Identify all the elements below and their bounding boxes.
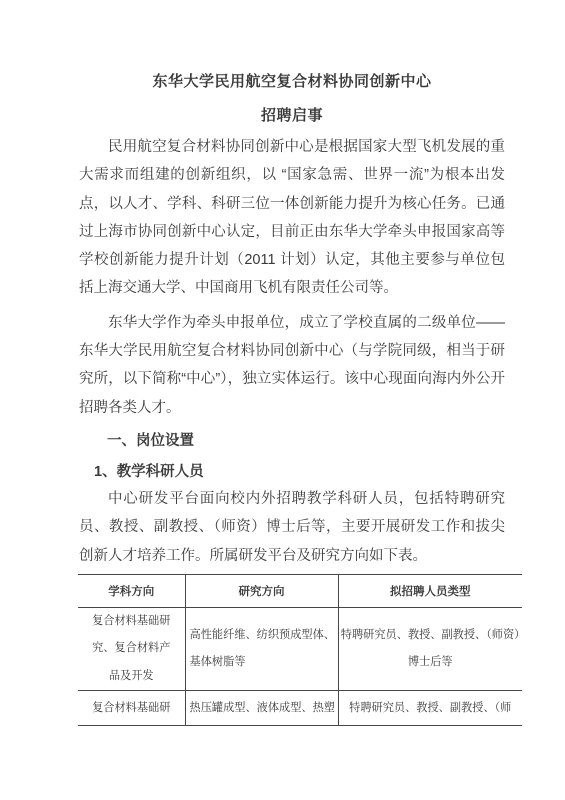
table-cell-discipline: 复合材料基础研究、复合材料产品及开发	[78, 607, 185, 691]
document-body: 东华大学民用航空复合材料协同创新中心 招聘启事 民用航空复合材料协同创新中心是根…	[79, 71, 505, 726]
table-cell-personnel-type: 特聘研究员、教授、副教授、（师	[338, 691, 522, 726]
paragraph-intro: 民用航空复合材料协同创新中心是根据国家大型飞机发展的重大需求而组建的创新组织，以…	[79, 133, 505, 303]
table-header-row: 学科方向 研究方向 拟招聘人员类型	[78, 574, 522, 607]
table-row: 复合材料基础研 热压罐成型、液体成型、热塑 特聘研究员、教授、副教授、（师	[78, 691, 522, 726]
paragraph-recruitment-platforms: 中心研发平台面向校内外招聘教学科研人员，包括特聘研究员、教授、副教授、（师资）博…	[79, 485, 505, 570]
recruitment-table: 学科方向 研究方向 拟招聘人员类型 复合材料基础研究、复合材料产品及开发 高性能…	[78, 574, 522, 727]
document-page: 东华大学民用航空复合材料协同创新中心 招聘启事 民用航空复合材料协同创新中心是根…	[0, 0, 565, 800]
document-title: 东华大学民用航空复合材料协同创新中心	[79, 71, 505, 93]
table-cell-discipline: 复合材料基础研	[78, 691, 185, 726]
table-header-personnel-type: 拟招聘人员类型	[338, 574, 522, 607]
paragraph-organization: 东华大学作为牵头申报单位，成立了学校直属的二级单位——东华大学民用航空复合材料协…	[79, 309, 505, 422]
table-row: 复合材料基础研究、复合材料产品及开发 高性能纤维、纺织预成型体、基体树脂等 特聘…	[78, 607, 522, 691]
table-header-discipline: 学科方向	[78, 574, 185, 607]
document-subtitle: 招聘启事	[79, 105, 505, 127]
table-cell-research-direction: 高性能纤维、纺织预成型体、基体树脂等	[185, 607, 338, 691]
subsection-heading-teaching-research-staff: 1、教学科研人员	[79, 462, 505, 482]
table-cell-personnel-type: 特聘研究员、教授、副教授、（师资）博士后等	[338, 607, 522, 691]
section-heading-positions: 一、岗位设置	[79, 431, 505, 451]
table-cell-research-direction: 热压罐成型、液体成型、热塑	[185, 691, 338, 726]
table-header-research-direction: 研究方向	[185, 574, 338, 607]
